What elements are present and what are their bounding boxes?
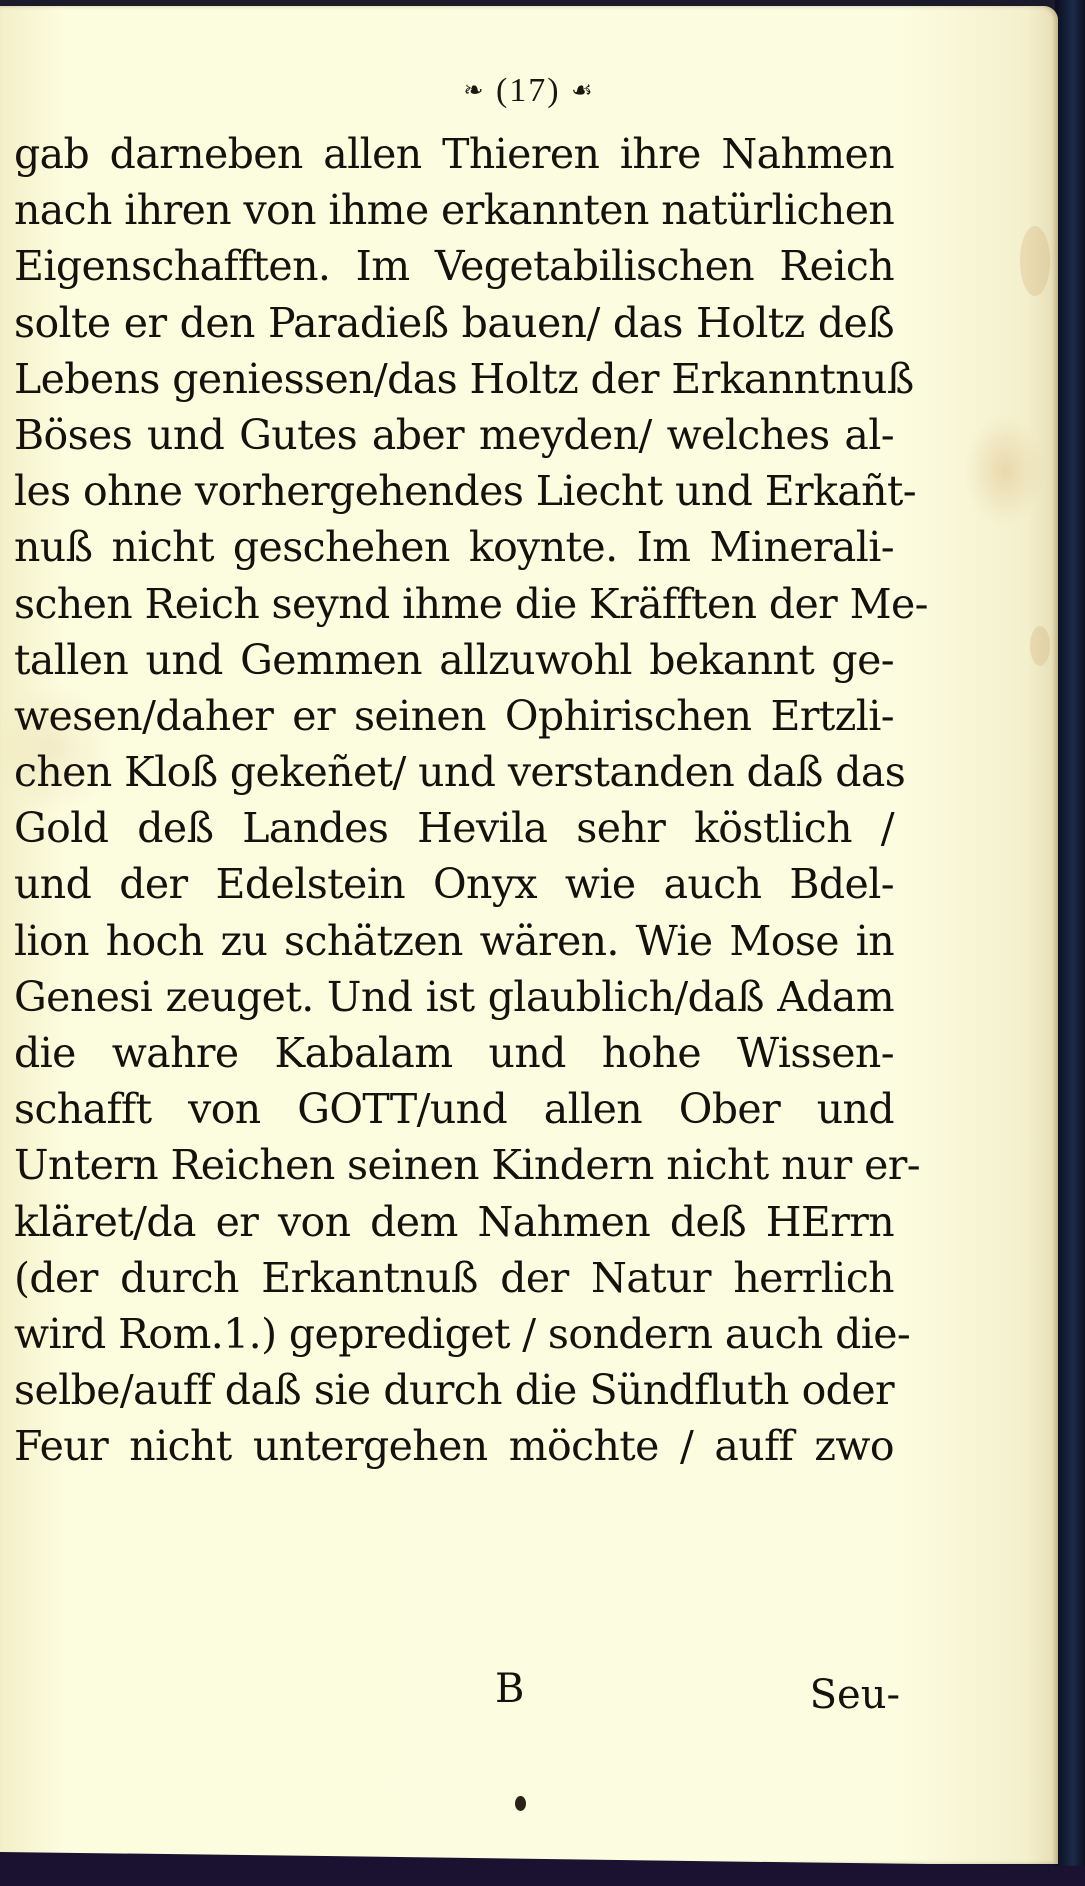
ink-dot [515,1796,526,1811]
signature-mark: B [495,1666,524,1712]
text-line: tallen und Gemmen allzuwohl bekannt ge- [14,632,894,688]
page-number-header: ❧ (17) ☙ [0,72,1058,110]
text-line: (der durch Erkantnuß der Natur herrlich [14,1250,894,1306]
text-line: Untern Reichen seinen Kindern nicht nur … [14,1137,894,1193]
paper-stain [1020,226,1050,296]
text-line: wesen/daher er seinen Ophirischen Ertzli… [14,688,894,744]
text-line: Böses und Gutes aber meyden/ welches al- [14,407,894,463]
text-line: gab darneben allen Thieren ihre Nahmen [14,126,894,182]
text-line: chen Kloß gekeñet/ und verstanden daß da… [14,744,894,800]
text-line: lion hoch zu schätzen wären. Wie Mose in [14,913,894,969]
body-text: gab darneben allen Thieren ihre Nahmen n… [14,126,894,1475]
text-line: solte er den Paradieß bauen/ das Holtz d… [14,295,894,351]
text-line: Gold deß Landes Hevila sehr köstlich / [14,800,894,856]
text-line: kläret/da er von dem Nahmen deß HErrn [14,1194,894,1250]
scan-right-background [1055,0,1085,1886]
text-line: les ohne vorhergehendes Liecht und Erkañ… [14,463,894,519]
text-line: schen Reich seynd ihme die Kräfften der … [14,576,894,632]
text-line: Eigenschafften. Im Vegetabilischen Reich [14,238,894,294]
text-line: nuß nicht geschehen koynte. Im Minerali- [14,519,894,575]
text-line: wird Rom.1.) geprediget / sondern auch d… [14,1306,894,1362]
page-number: (17) [496,72,561,109]
text-line: Genesi zeuget. Und ist glaublich/daß Ada… [14,969,894,1025]
text-line: Lebens geniessen/das Holtz der Erkanntnu… [14,351,894,407]
text-line: selbe/auff daß sie durch die Sündfluth o… [14,1362,894,1418]
text-line: schafft von GOTT/und allen Ober und [14,1081,894,1137]
book-page: ❧ (17) ☙ gab darneben allen Thieren ihre… [0,6,1058,1864]
text-line: Feur nicht untergehen möchte / auff zwo [14,1418,894,1474]
text-line: nach ihren von ihme erkannten natürliche… [14,182,894,238]
page-footer: B Seu- [0,1666,900,1716]
text-line: die wahre Kabalam und hohe Wissen- [14,1025,894,1081]
text-line: und der Edelstein Onyx wie auch Bdel- [14,856,894,912]
paper-stain [1030,626,1050,666]
ornament-left-icon: ❧ [463,78,485,104]
ornament-right-icon: ☙ [571,78,595,104]
catchword: Seu- [810,1672,900,1718]
